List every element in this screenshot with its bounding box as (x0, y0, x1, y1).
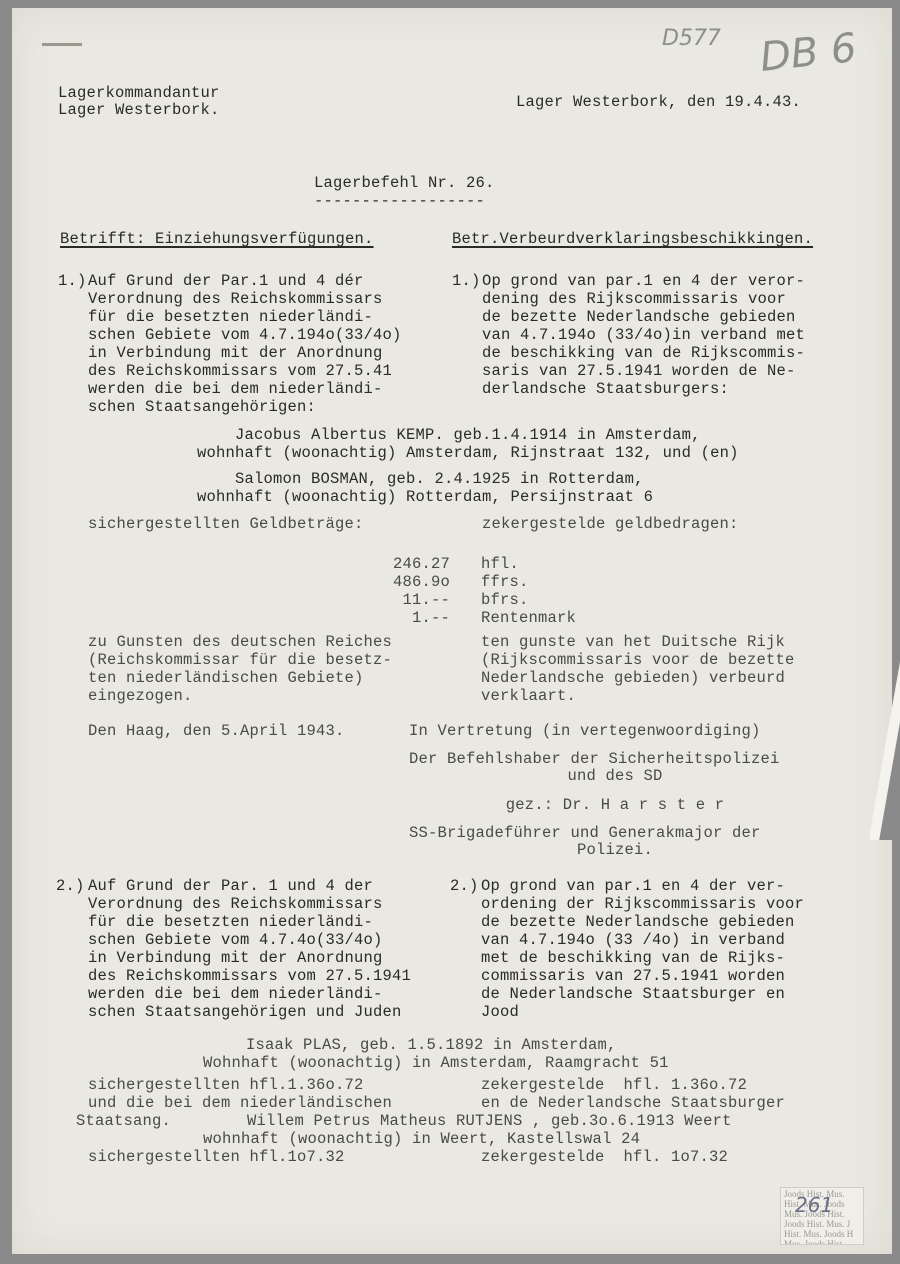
text-line: Auf Grund der Par. 1 und 4 der (88, 877, 411, 895)
text-line: Op grond van par.1 en 4 der veror- (482, 272, 805, 290)
person-line: wohnhaft (woonachtig) Amsterdam, Rijnstr… (197, 444, 739, 462)
amount-currencies: hfl. ffrs. bfrs. Rentenmark (481, 555, 576, 627)
person-line: wohnhaft (woonachtig) in Weert, Kastells… (203, 1130, 640, 1148)
section-1-text-de: Auf Grund der Par.1 und 4 dér Verordnung… (88, 272, 402, 416)
archive-stamp: Joods Hist. Mus. Hist. Mus. Joods Mus. J… (780, 1187, 864, 1245)
torn-edge (870, 610, 900, 840)
signature-signed: gez.: Dr. H a r s t e r (409, 796, 821, 814)
text-line: de beschikking van de Rijkscommis- (482, 344, 805, 362)
stamp-line: Hist. Mus. Joods H (784, 1229, 860, 1239)
title-rule: ------------------ (314, 192, 485, 210)
secured-label-nl: zekergestelde geldbedragen: (482, 515, 739, 533)
amount-currency: Rentenmark (481, 609, 576, 627)
text-line: verklaart. (481, 687, 795, 705)
text-line: werden die bei dem niederländi- (88, 985, 411, 1003)
text-line: ten gunste van het Duitsche Rijk (481, 633, 795, 651)
text-line: schen Staatsangehörigen: (88, 398, 402, 416)
secured-amount-nl: zekergestelde hfl. 1o7.32 (481, 1148, 728, 1166)
stamp-handwritten-number: 261 (795, 1200, 833, 1210)
text-line: Op grond van par.1 en 4 der ver- (481, 877, 804, 895)
person-line: Willem Petrus Matheus RUTJENS , geb.3o.6… (247, 1112, 732, 1130)
ink-smudge (42, 43, 82, 46)
forfeit-text-de: zu Gunsten des deutschen Reiches (Reichs… (88, 633, 392, 705)
section-1-text-nl: Op grond van par.1 en 4 der veror- denin… (482, 272, 805, 398)
stamp-line: Mus. Joods Hist. (784, 1239, 860, 1245)
text-line: Nederlandsche gebieden) verbeurd (481, 669, 795, 687)
section-1-number-de: 1.) (58, 272, 87, 290)
subject-german: Betrifft: Einziehungsverfügungen. (60, 230, 374, 248)
amount-value: 486.9o (380, 573, 450, 591)
text-line: und die bei dem niederländischen (88, 1094, 392, 1112)
secured-amount-de: sichergestellten hfl.1o7.32 (88, 1148, 345, 1166)
text-line: Verordnung des Reichskommissars (88, 895, 411, 913)
secured-amount-nl: zekergestelde hfl. 1.36o.72 (481, 1076, 747, 1094)
person-line: wohnhaft (woonachtig) Rotterdam, Persijn… (197, 488, 653, 506)
handwritten-archive-code: D577 (662, 26, 721, 51)
text-line: eingezogen. (88, 687, 392, 705)
text-line: derlandsche Staatsburgers: (482, 380, 805, 398)
secured-amount-de: sichergestellten hfl.1.36o.72 (88, 1076, 364, 1094)
person-line: Salomon BOSMAN, geb. 2.4.1925 in Rotterd… (197, 470, 644, 488)
amount-currency: ffrs. (481, 573, 576, 591)
amount-values: 246.27 486.9o 11.-- 1.-- (380, 555, 450, 627)
person-line: Isaak PLAS, geb. 1.5.1892 in Amsterdam, (246, 1036, 617, 1054)
text-line: met de beschikking van de Rijks- (481, 949, 804, 967)
text-line: zu Gunsten des deutschen Reiches (88, 633, 392, 651)
text-line: in Verbindung mit der Anordnung (88, 344, 402, 362)
text-line: Staatsang. (76, 1112, 171, 1130)
text-line: werden die bei dem niederländi- (88, 380, 402, 398)
section-1-number-nl: 1.) (452, 272, 481, 290)
text-line: de bezette Nederlandsche gebieden (481, 913, 804, 931)
text-line: des Reichskommissars vom 27.5.1941 (88, 967, 411, 985)
text-line: schen Gebiete vom 4.7.4o(33/4o) (88, 931, 411, 949)
text-line: (Reichskommissar für die besetz- (88, 651, 392, 669)
text-line: Auf Grund der Par.1 und 4 dér (88, 272, 402, 290)
text-line: schen Staatsangehörigen und Juden (88, 1003, 411, 1021)
sender-line-1: Lagerkommandantur (58, 84, 220, 102)
place-date: Lager Westerbork, den 19.4.43. (516, 93, 801, 111)
signature-office: Der Befehlshaber der Sicherheitspolizei (409, 750, 780, 768)
text-line: saris van 27.5.1941 worden de Ne- (482, 362, 805, 380)
amount-value: 1.-- (380, 609, 450, 627)
text-line: Verordnung des Reichskommissars (88, 290, 402, 308)
section-2-text-nl: Op grond van par.1 en 4 der ver- ordenin… (481, 877, 804, 1021)
text-line: de Nederlandsche Staatsburger en (481, 985, 804, 1003)
forfeit-text-nl: ten gunste van het Duitsche Rijk (Rijksc… (481, 633, 795, 705)
signature-rank-2: Polizei. (409, 841, 821, 859)
person-line: Jacobus Albertus KEMP. geb.1.4.1914 in A… (197, 426, 701, 444)
text-line: in Verbindung mit der Anordnung (88, 949, 411, 967)
text-line: van 4.7.194o (33/4o)in verband met (482, 326, 805, 344)
text-line: de bezette Nederlandsche gebieden (482, 308, 805, 326)
signature-rank: SS-Brigadeführer und Generakmajor der (409, 824, 761, 842)
signature-office-2: und des SD (409, 767, 821, 785)
text-line: (Rijkscommissaris voor de bezette (481, 651, 795, 669)
page-title: Lagerbefehl Nr. 26. (314, 174, 495, 192)
text-line: ordening der Rijkscommissaris voor (481, 895, 804, 913)
section-2-number-nl: 2.) (450, 877, 479, 895)
amount-currency: bfrs. (481, 591, 576, 609)
amount-value: 11.-- (380, 591, 450, 609)
amount-value: 246.27 (380, 555, 450, 573)
text-line: schen Gebiete vom 4.7.194o(33/4o) (88, 326, 402, 344)
sender-line-2: Lager Westerbork. (58, 101, 220, 119)
signature-deputy: In Vertretung (in vertegenwoordiging) (409, 722, 761, 740)
text-line: für die besetzten niederländi- (88, 308, 402, 326)
amount-currency: hfl. (481, 555, 576, 573)
secured-label-de: sichergestellten Geldbeträge: (88, 515, 364, 533)
text-line: van 4.7.194o (33 /4o) in verband (481, 931, 804, 949)
text-line: für die besetzten niederländi- (88, 913, 411, 931)
subject-dutch: Betr.Verbeurdverklaringsbeschikkingen. (452, 230, 813, 248)
text-line: Jood (481, 1003, 804, 1021)
text-line: dening des Rijkscommissaris voor (482, 290, 805, 308)
section-2-number-de: 2.) (56, 877, 85, 895)
signature-place-date: Den Haag, den 5.April 1943. (88, 722, 345, 740)
stamp-line: Joods Hist. Mus. J (784, 1219, 860, 1229)
person-line: Wohnhaft (woonachtig) in Amsterdam, Raam… (203, 1054, 669, 1072)
text-line: en de Nederlandsche Staatsburger (481, 1094, 785, 1112)
text-line: des Reichskommissars vom 27.5.41 (88, 362, 402, 380)
section-2-text-de: Auf Grund der Par. 1 und 4 der Verordnun… (88, 877, 411, 1021)
text-line: commissaris van 27.5.1941 worden (481, 967, 804, 985)
text-line: ten niederländischen Gebiete) (88, 669, 392, 687)
